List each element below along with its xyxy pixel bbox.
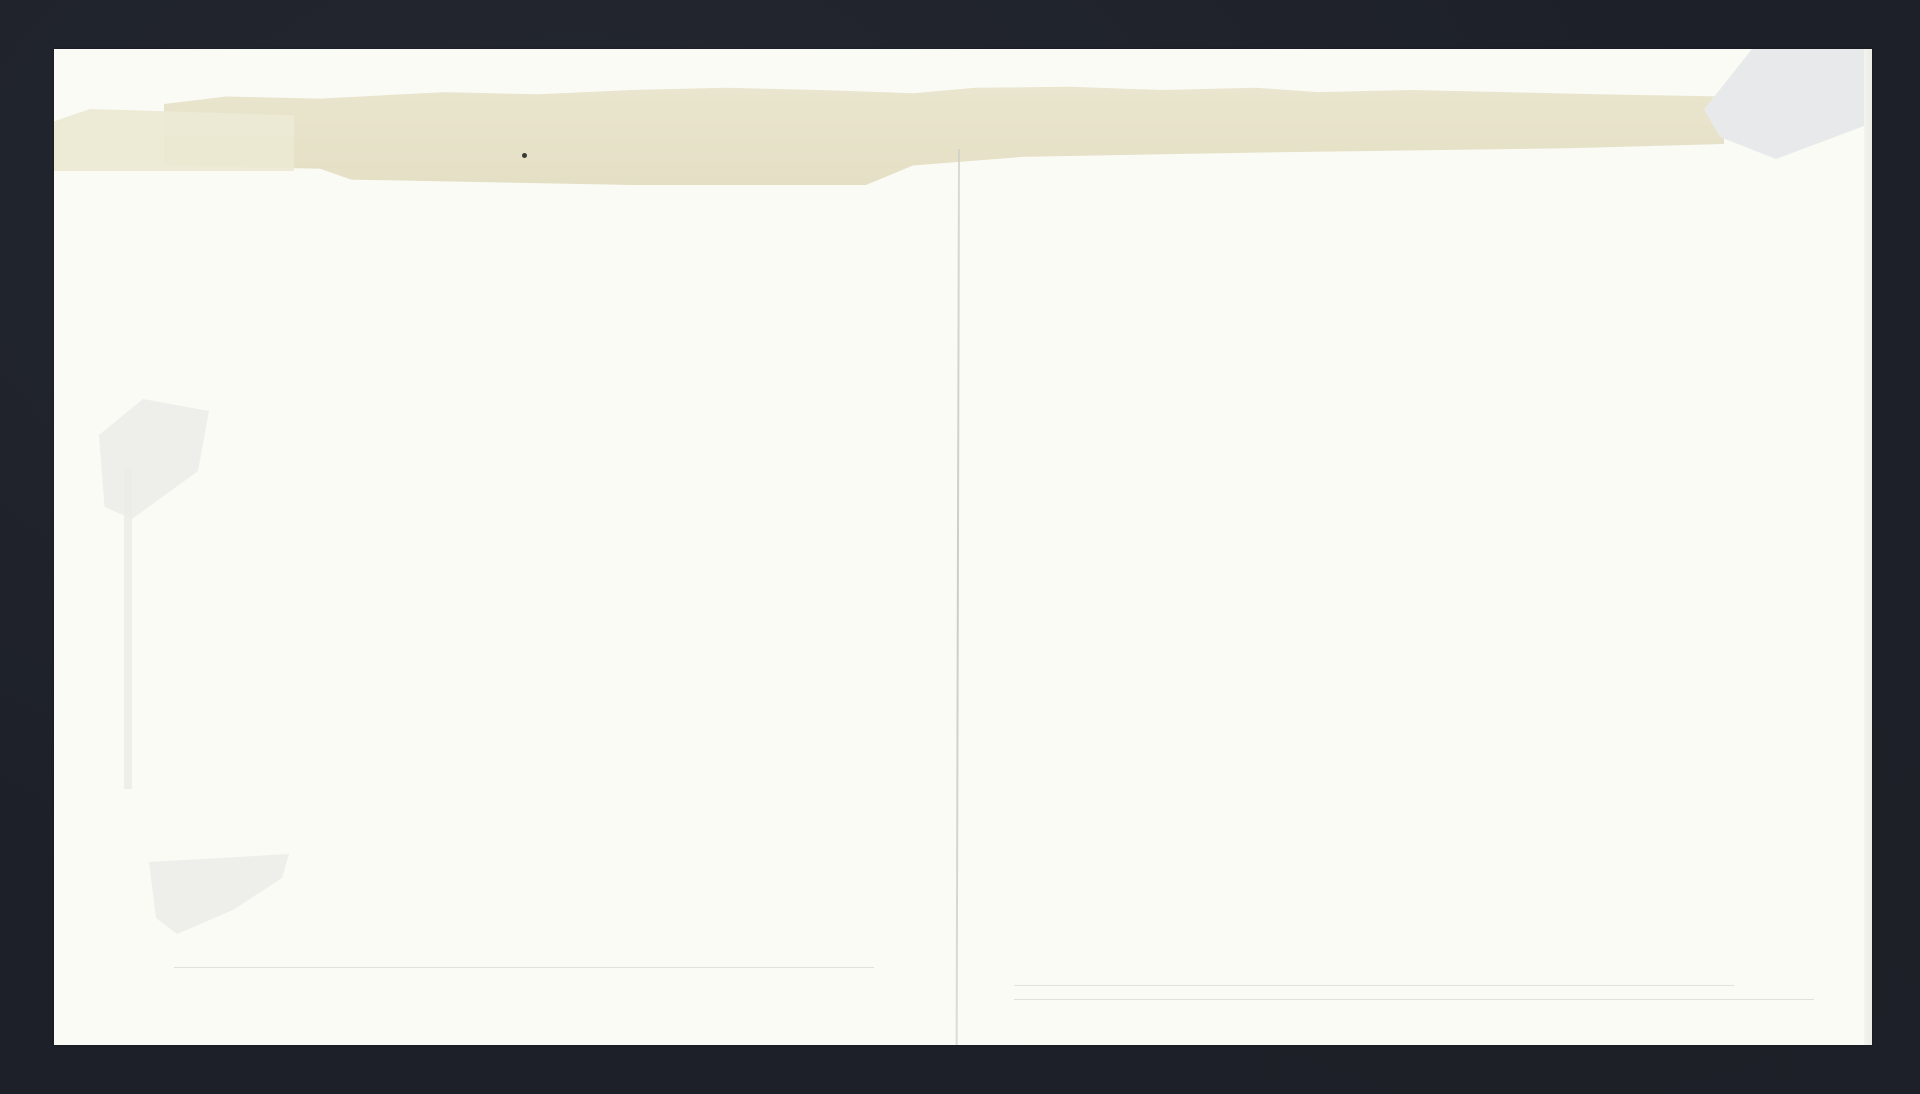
- center-fold-line: [956, 149, 960, 1045]
- faint-mark: [1014, 985, 1734, 986]
- adhesive-residue-upper: [99, 399, 209, 519]
- faint-mark: [174, 967, 874, 968]
- ink-spot: [522, 153, 527, 158]
- tape-strip-left-end: [54, 109, 294, 171]
- paper-sheet: [54, 49, 1872, 1045]
- sheet-edge-shadow: [1864, 49, 1872, 1045]
- tape-strip: [164, 77, 1724, 185]
- adhesive-residue-strip: [124, 469, 132, 789]
- adhesive-residue-lower: [149, 854, 289, 934]
- faint-mark: [1014, 999, 1814, 1000]
- peeled-paper-area: [1704, 49, 1864, 159]
